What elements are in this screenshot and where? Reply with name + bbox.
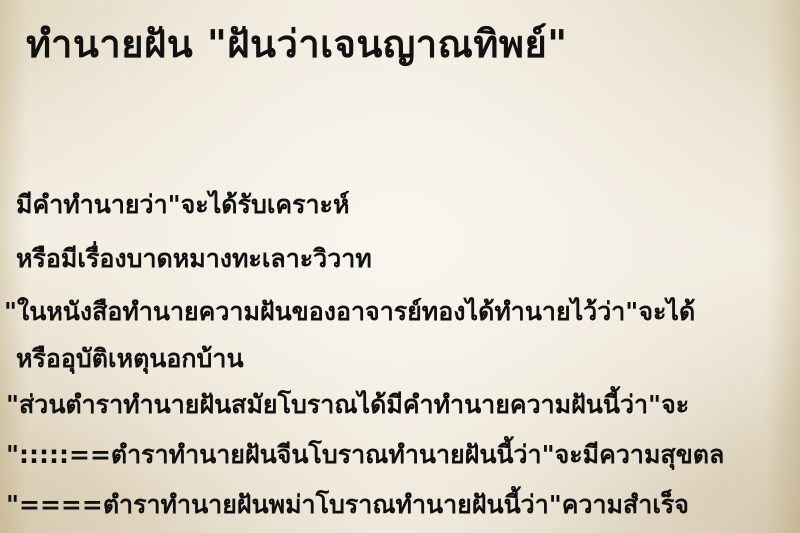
page-title: ทำนายฝัน "ฝันว่าเจนญาณทิพย์": [26, 14, 568, 74]
text-line: หรืออุบัติเหตุนอกบ้าน: [16, 340, 244, 378]
text-line: "ในหนังสือทำนายความฝันของอาจารย์ทองได้ทำ…: [4, 293, 695, 331]
text-line: ":::::==ตำราทำนายฝันจีนโบราณทำนายฝันนี้ว…: [6, 436, 724, 474]
text-line: "====ตำราทำนายฝันพม่าโบราณทำนายฝันนี้ว่า…: [6, 486, 689, 524]
text-line: หรือมีเรื่องบาดหมางทะเลาะวิวาท: [16, 240, 372, 278]
text-line: "ส่วนตำราทำนายฝันสมัยโบราณได้มีคำทำนายคว…: [6, 386, 689, 424]
text-line: มีคำทำนายว่า"จะได้รับเคราะห์: [16, 186, 349, 224]
